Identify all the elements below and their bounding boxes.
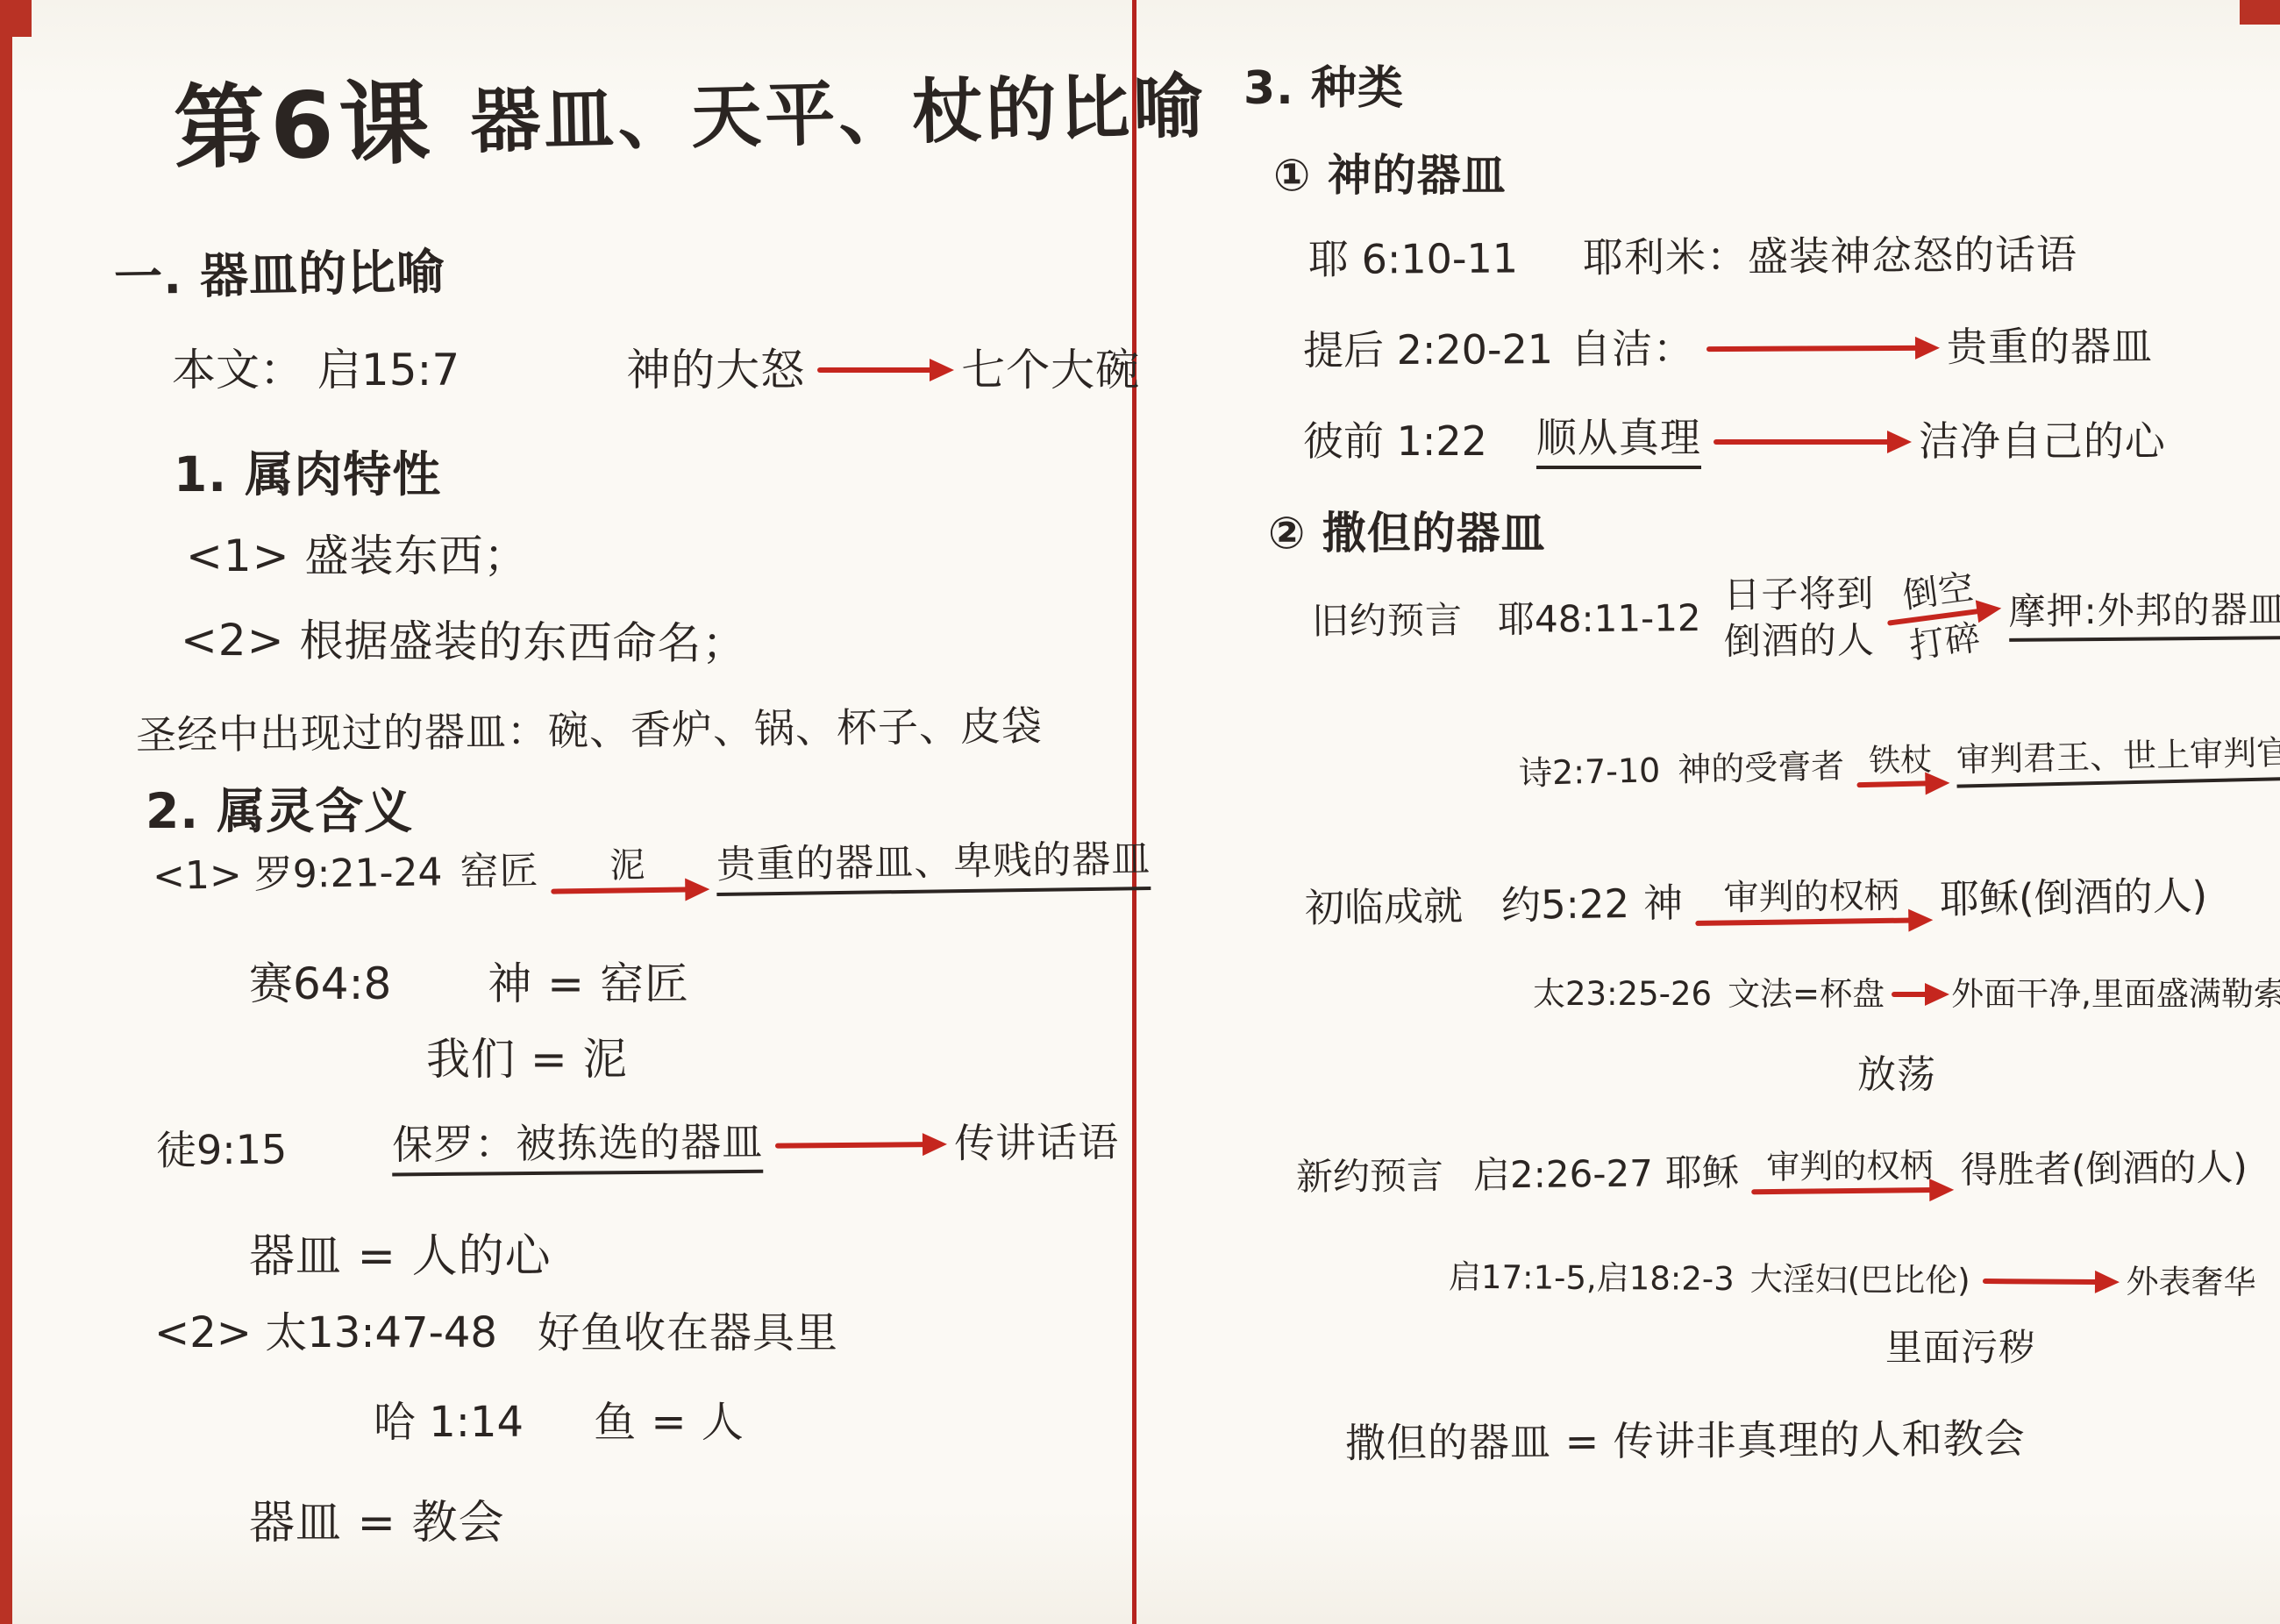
verse-ref: 诗2:7-10: [1519, 751, 1661, 794]
section-1-heading: 一. 器皿的比喻: [113, 243, 445, 307]
verse-ref: 彼前 1:22: [1303, 417, 1487, 466]
source-text: 神: [1643, 880, 1684, 928]
note-text: 耶利米：盛装神忿怒的话语: [1583, 231, 2077, 282]
subsection-2-heading: 2. 属灵含义: [146, 782, 413, 840]
arrow-shaft: [1751, 1187, 1949, 1194]
red-arrow-icon: [1892, 992, 1944, 997]
verse-ref: 本文： 启15:7: [172, 344, 460, 396]
arrow-shaft: [1983, 1279, 2114, 1285]
category-label: 初临成就: [1305, 883, 1464, 933]
vessels-list-line: 圣经中出现过的器皿：碗、香炉、锅、杯子、皮袋: [136, 702, 1044, 760]
satan-vessel-heading: ② 撒但的器皿: [1268, 507, 1546, 559]
vessel-heart-equation: 器皿 = 人的心: [249, 1229, 552, 1284]
target-text: 摩押:外邦的器皿: [2008, 588, 2280, 641]
equation-text: 神 = 窑匠: [488, 958, 689, 1010]
subsection-1-heading-text: 1. 属肉特性: [174, 445, 441, 503]
left-red-edge: [0, 0, 12, 1624]
equation-text: 我们 = 泥: [426, 1033, 628, 1086]
arrow-label: 审判的权柄: [1720, 878, 1903, 921]
list-item: <2> 根据盛装的东西命名；: [181, 614, 747, 671]
target-text: 外表奢华: [2126, 1263, 2255, 1302]
timothy-line: 提后 2:20-21 自洁： 贵重的器皿: [1303, 322, 2153, 374]
handwritten-notes-page: 第6课 器皿、天平、杖的比喻 一. 器皿的比喻 本文： 启15:7 神的大怒 七…: [0, 0, 2280, 1624]
arrow-shaft: [1714, 439, 1906, 445]
verse-ref: 赛64:8: [249, 958, 391, 1010]
source-text: 顺从真理: [1536, 414, 1701, 469]
red-arrow-icon: [775, 1142, 942, 1149]
arrow-shaft: [1892, 992, 1944, 997]
target-text: 里面污秽: [1885, 1326, 2036, 1370]
target-text: 贵重的器皿: [1947, 322, 2153, 371]
revelation17-line-2: 里面污秽: [1885, 1326, 2036, 1370]
vessels-list-text: 圣经中出现过的器皿：碗、香炉、锅、杯子、皮袋: [136, 702, 1044, 760]
matthew23-line-2: 放荡: [1857, 1052, 1936, 1099]
matthew13-line: <2> 太13:47-48 好鱼收在器具里: [154, 1308, 838, 1359]
lesson-number: 第6课: [173, 68, 437, 183]
red-arrow-icon: 泥: [551, 847, 705, 894]
section-3-heading-text: 3. 种类: [1243, 61, 1404, 116]
vessel-church-equation: 器皿 = 教会: [249, 1496, 505, 1550]
page-divider-line: [1132, 0, 1136, 1624]
verse-ref: 哈 1:14: [374, 1398, 524, 1449]
arrow-label: 泥: [606, 847, 650, 888]
lesson-title: 第6课 器皿、天平、杖的比喻: [173, 53, 1208, 183]
arrow-shaft: [552, 887, 705, 894]
arrow-shaft: [1706, 345, 1934, 351]
target-text: 耶稣(倒酒的人): [1940, 873, 2208, 923]
verse-ref: 太23:25-26: [1533, 975, 1712, 1014]
target-text: 贵重的器皿、卑贱的器皿: [716, 837, 1151, 896]
verse-ref: 耶48:11-12: [1498, 596, 1701, 642]
red-arrow-icon: 审判的权柄: [1695, 877, 1928, 926]
source-text: 耶稣: [1665, 1150, 1740, 1195]
top-right-red-corner: [2240, 0, 2280, 25]
source-text: 大淫妇(巴比伦): [1750, 1260, 1970, 1300]
note-text: 好鱼收在器具里: [538, 1308, 838, 1359]
target-text: 传讲话语: [954, 1118, 1119, 1168]
peter-line: 彼前 1:22 顺从真理 洁净自己的心: [1303, 414, 2166, 469]
conclusion-text: 撒但的器皿 = 传讲非真理的人和教会: [1345, 1414, 2026, 1468]
target-text: 放荡: [1857, 1052, 1936, 1099]
subsection-1-heading: 1. 属肉特性: [174, 445, 441, 503]
conclusion-line: 撒但的器皿 = 传讲非真理的人和教会: [1345, 1414, 2026, 1468]
red-arrow-icon: [1983, 1279, 2114, 1285]
source-text: 文法=杯盘: [1728, 975, 1885, 1014]
isaiah-line: 赛64:8 神 = 窑匠: [249, 958, 689, 1010]
list-item-text: <1> 盛装东西；: [186, 530, 529, 582]
target-text: 洁净自己的心: [1919, 417, 2166, 466]
verse-ref: 约5:22: [1501, 880, 1630, 930]
satan-vessel-heading-text: ② 撒但的器皿: [1268, 507, 1546, 559]
source-text: 自洁：: [1571, 324, 1694, 374]
ot-source-stack: 日子将到 倒酒的人: [1723, 571, 1875, 664]
arrow-shaft: [775, 1142, 942, 1149]
equation-text: 器皿 = 人的心: [249, 1229, 552, 1284]
romans-line: <1> 罗9:21-24 窑匠 泥 贵重的器皿、卑贱的器皿: [153, 837, 1151, 904]
arrow-shaft: [817, 367, 949, 373]
verse-ref: 启17:1-5,启18:2-3: [1449, 1258, 1735, 1300]
category-label: 新约预言: [1296, 1154, 1444, 1200]
source-text: 神的大怒: [626, 344, 805, 396]
verse-ref: <1> 罗9:21-24: [153, 850, 443, 900]
source-text: 日子将到: [1723, 571, 1874, 618]
source-text: 窑匠: [460, 849, 539, 896]
equation-text: 器皿 = 教会: [249, 1496, 505, 1550]
arrow-shaft: [1857, 780, 1945, 787]
revelation17-line: 启17:1-5,启18:2-3 大淫妇(巴比伦) 外表奢华: [1449, 1258, 2256, 1303]
red-arrow-icon: [1714, 439, 1906, 445]
nt-prophecy-line: 新约预言 启2:26-27 耶稣 审判的权柄 得胜者(倒酒的人): [1296, 1145, 2248, 1200]
target-text: 得胜者(倒酒的人): [1961, 1145, 2248, 1193]
category-label: 旧约预言: [1312, 599, 1463, 645]
subsection-2-heading-text: 2. 属灵含义: [146, 782, 413, 840]
section-1-heading-text: 一. 器皿的比喻: [113, 243, 445, 307]
jeremiah6-line: 耶 6:10-11 耶利米：盛装神忿怒的话语: [1308, 231, 2077, 284]
god-vessel-heading: ① 神的器皿: [1273, 149, 1507, 202]
verse-ref: 徒9:15: [156, 1125, 288, 1174]
target-text: 外面干净,里面盛满勒索: [1951, 975, 2280, 1014]
list-item: <1> 盛装东西；: [186, 530, 529, 582]
red-arrow-icon: [817, 367, 949, 373]
section-3-heading: 3. 种类: [1243, 61, 1404, 116]
target-text: 七个大碗: [961, 344, 1140, 396]
source-text: 倒酒的人: [1724, 617, 1875, 665]
top-left-red-corner: [0, 0, 32, 37]
matthew23-line: 太23:25-26 文法=杯盘 外面干净,里面盛满勒索: [1533, 975, 2280, 1014]
main-text-line: 本文： 启15:7 神的大怒 七个大碗: [172, 344, 1140, 396]
acts-line: 徒9:15 保罗：被拣选的器皿 传讲话语: [156, 1115, 1120, 1179]
isaiah-line-2: 我们 = 泥: [426, 1033, 628, 1086]
god-vessel-heading-text: ① 神的器皿: [1273, 149, 1507, 202]
red-arrow-icon: 审判的权柄: [1751, 1149, 1949, 1194]
source-text: 保罗：被拣选的器皿: [392, 1118, 764, 1177]
first-coming-line: 初临成就 约5:22 神 审判的权柄 耶稣(倒酒的人): [1305, 873, 2208, 932]
psalm2-line: 诗2:7-10 神的受膏者 铁杖 审判君王、世上审判官: [1519, 733, 2280, 798]
red-arrow-icon: [1706, 345, 1934, 351]
red-arrow-icon: 倒空 打碎: [1882, 566, 2002, 666]
red-arrow-icon: 铁杖: [1856, 744, 1945, 787]
lesson-subject: 器皿、天平、杖的比喻: [469, 65, 1208, 165]
verse-ref: <2> 太13:47-48: [154, 1308, 497, 1359]
verse-ref: 启2:26-27: [1473, 1151, 1653, 1198]
source-text: 神的受膏者: [1678, 747, 1845, 791]
verse-ref: 提后 2:20-21: [1303, 325, 1553, 375]
verse-ref: 耶 6:10-11: [1308, 234, 1518, 284]
habakkuk-line: 哈 1:14 鱼 = 人: [374, 1398, 745, 1449]
arrow-label: 审判的权柄: [1763, 1149, 1936, 1189]
equation-text: 鱼 = 人: [594, 1398, 745, 1449]
list-item-text: <2> 根据盛装的东西命名；: [181, 614, 747, 671]
ot-prophecy-line: 旧约预言 耶48:11-12 日子将到 倒酒的人 倒空 打碎 摩押:外邦的器皿: [1312, 567, 2280, 668]
target-text: 审判君王、世上审判官: [1956, 733, 2280, 787]
